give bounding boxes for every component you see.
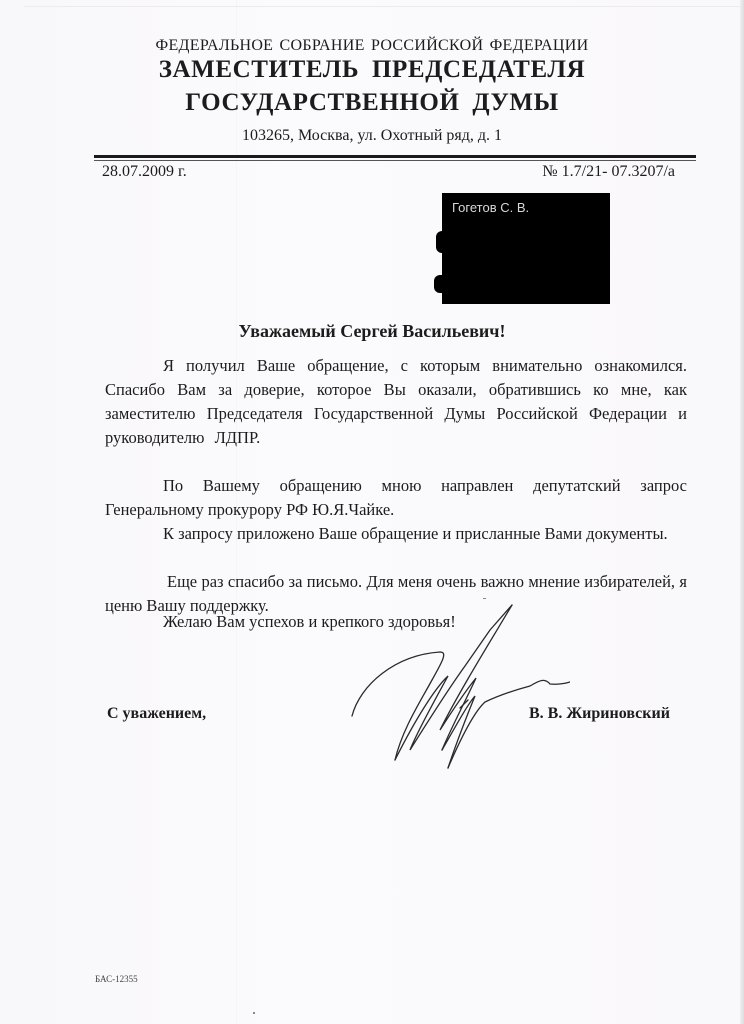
recipient-address-redaction: Гогетов С. В.: [442, 193, 610, 304]
paragraph-2: По Вашему обращению мною направлен депут…: [105, 474, 687, 522]
scan-speck: [483, 598, 486, 599]
signature-icon: [340, 600, 570, 780]
redaction-blot: [434, 275, 452, 293]
letterhead-rule-thin: [94, 160, 696, 161]
paper-fold-line: [24, 6, 744, 7]
closing-phrase: С уважением,: [107, 705, 206, 723]
salutation: Уважаемый Сергей Васильевич!: [0, 321, 744, 342]
letter-page: ФЕДЕРАЛЬНОЕ СОБРАНИЕ РОССИЙСКОЙ ФЕДЕРАЦИ…: [0, 0, 744, 1024]
paper-edge: [740, 0, 744, 1024]
letterhead-title-line1: ЗАМЕСТИТЕЛЬ ПРЕДСЕДАТЕЛЯ: [0, 56, 744, 84]
letterhead-title-line2: ГОСУДАРСТВЕННОЙ ДУМЫ: [0, 89, 744, 117]
paragraph-3: К запросу приложено Ваше обращение и при…: [105, 522, 687, 546]
paragraph-1: Я получил Ваше обращение, с которым вним…: [105, 354, 687, 450]
letterhead-address: 103265, Москва, ул. Охотный ряд, д. 1: [0, 127, 744, 145]
letterhead-organization: ФЕДЕРАЛЬНОЕ СОБРАНИЕ РОССИЙСКОЙ ФЕДЕРАЦИ…: [0, 37, 744, 55]
scan-speck: [253, 1012, 255, 1014]
signatory-name: В. В. Жириновский: [529, 705, 670, 723]
letter-date: 28.07.2009 г.: [102, 163, 187, 181]
letterhead-rule-thick: [94, 155, 696, 158]
redaction-blot: [436, 231, 450, 253]
reference-number: № 1.7/21- 07.3207/а: [542, 163, 675, 181]
footer-code: БАС-12355: [95, 974, 138, 984]
recipient-name: Гогетов С. В.: [452, 200, 529, 215]
